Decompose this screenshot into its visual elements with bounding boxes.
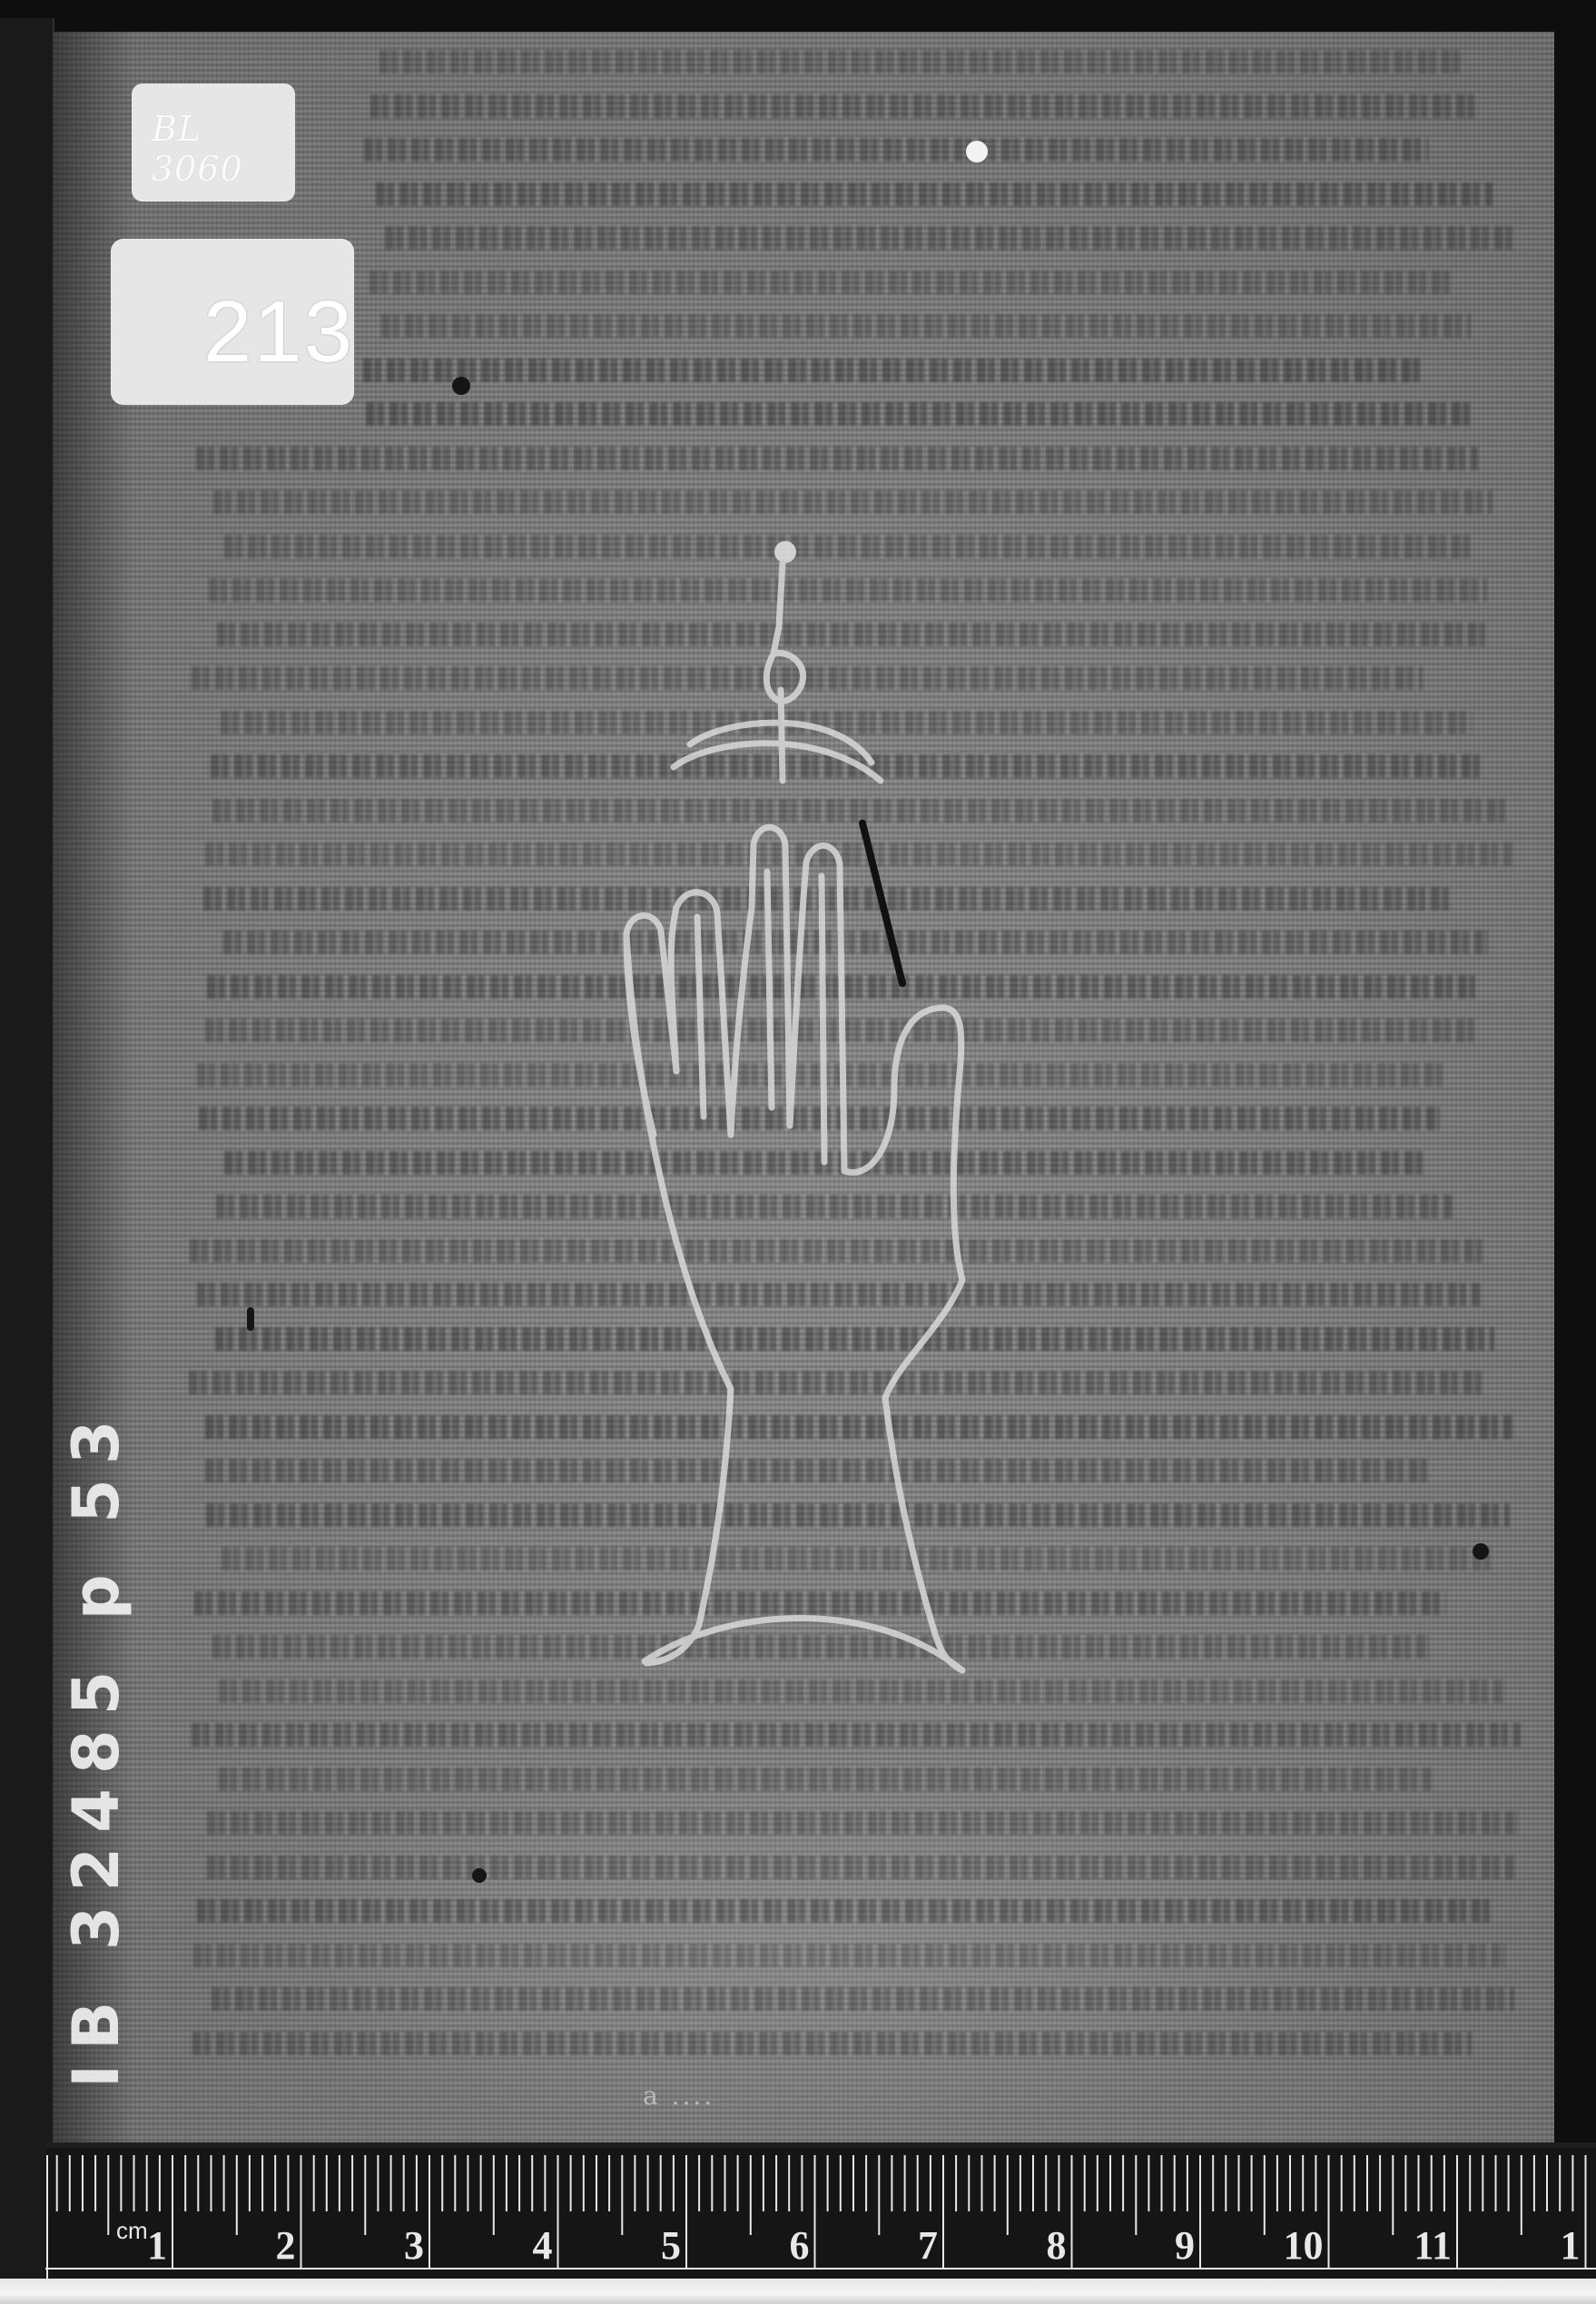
ruler-cm-label: 7: [918, 2223, 938, 2268]
ruler-cm-label: 3: [404, 2223, 424, 2268]
ruler-cm-label: 1: [147, 2223, 167, 2268]
shelfmark-text: IB 32485 p 53: [59, 1405, 133, 2088]
ruler-cm-label: 10: [1284, 2223, 1324, 2268]
ruler-cm-label: 8: [1047, 2223, 1067, 2268]
ruler-unit-label: cm: [116, 2217, 148, 2244]
ruler-cm-label: 6: [790, 2223, 810, 2268]
hand-watermark-icon: [0, 0, 1596, 2304]
ruler-cm-label: 5: [661, 2223, 681, 2268]
measuring-ruler: cm12345678910111: [45, 2142, 1596, 2284]
ruler-cm-label: 9: [1175, 2223, 1195, 2268]
ownership-stamp: a ....: [643, 2081, 714, 2111]
ruler-cm-label: 2: [276, 2223, 296, 2268]
ruler-scale: cm12345678910111: [45, 2148, 1596, 2284]
ruler-cm-label: 4: [533, 2223, 553, 2268]
scanner-bed-edge: [0, 2279, 1596, 2304]
ruler-cm-label: 1: [1561, 2223, 1581, 2268]
ruler-cm-label: 11: [1414, 2223, 1452, 2268]
